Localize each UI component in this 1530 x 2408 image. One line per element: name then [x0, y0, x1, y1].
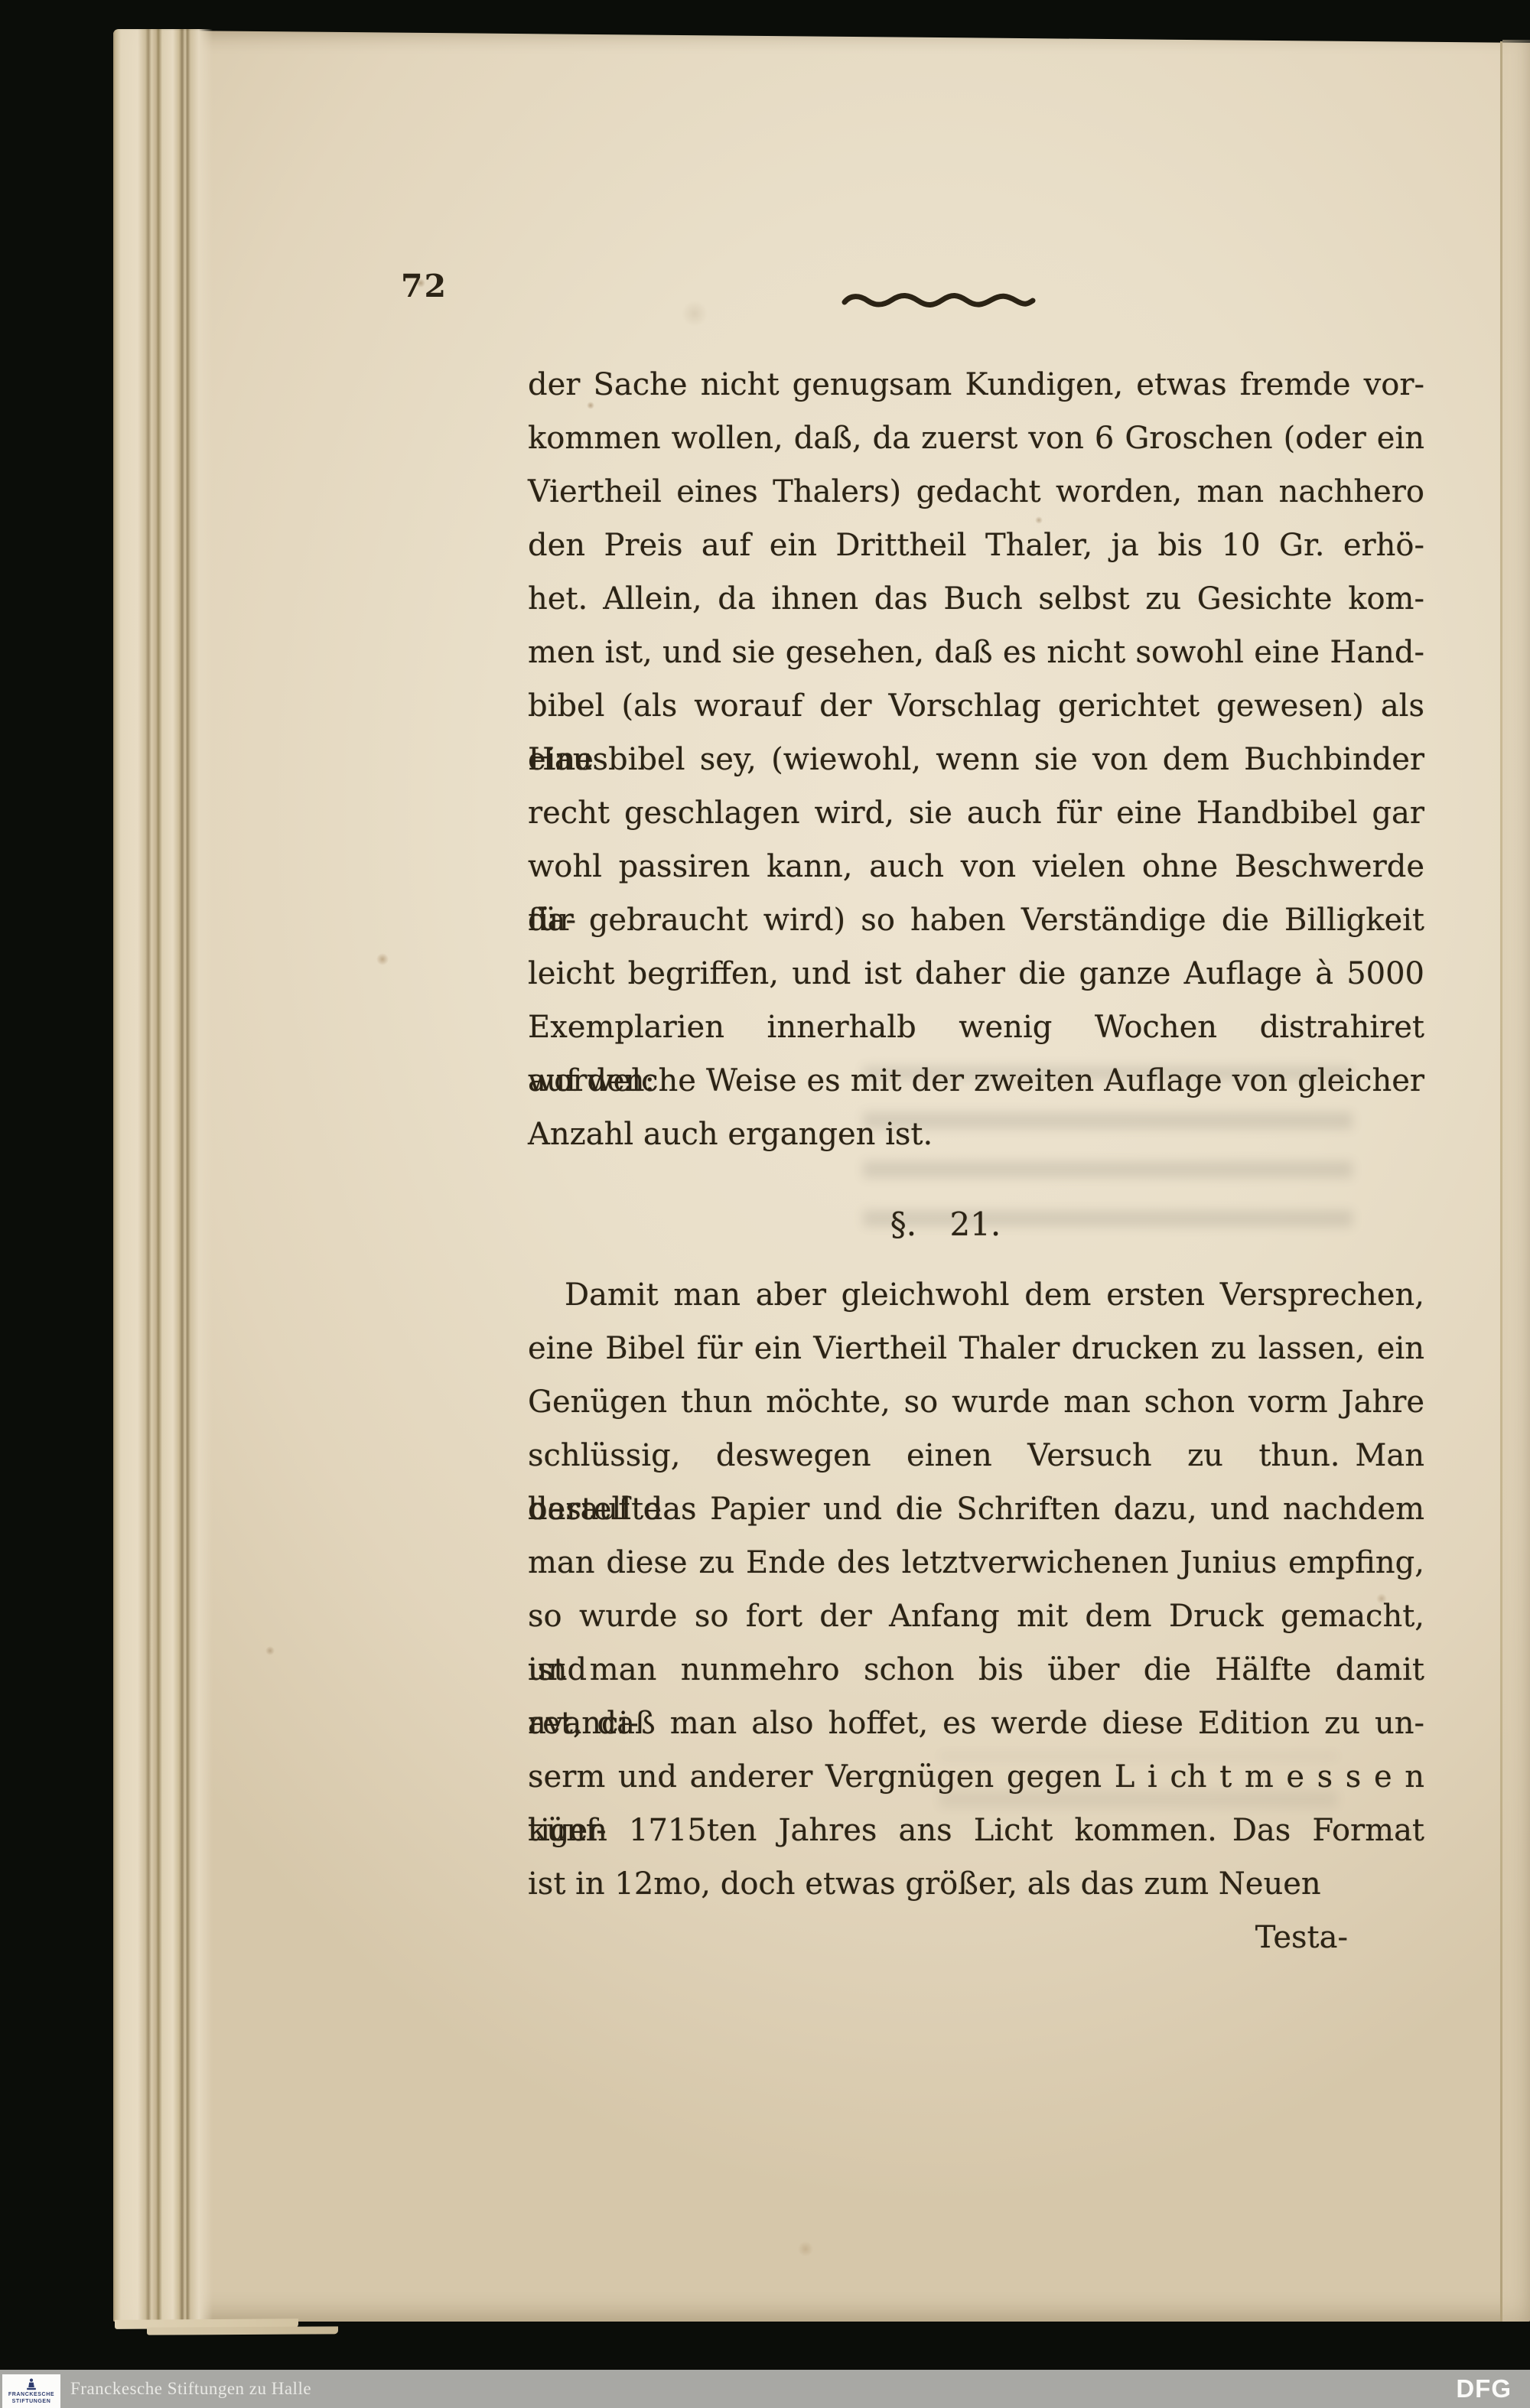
franckesche-stiftungen-logo: FRANCKESCHE STIFTUNGEN	[2, 2374, 60, 2408]
text-line: bibel (als worauf der Vorschlag gerichte…	[528, 679, 1424, 733]
logo-caps-line2: STIFTUNGEN	[12, 2399, 51, 2405]
text-line: men ist, und sie gesehen, daß es nicht s…	[528, 626, 1424, 679]
logo-caps-line1: FRANCKESCHE	[8, 2392, 54, 2398]
text-line: wohl passiren kann, auch von vielen ohne…	[528, 840, 1424, 893]
text-line: het. Allein, da ihnen das Buch selbst zu…	[528, 572, 1424, 626]
text-line: kommen wollen, daß, da zuerst von 6 Gros…	[528, 412, 1424, 465]
underlying-page-strip	[1502, 40, 1530, 2322]
text-line: leicht begriffen, und ist daher die ganz…	[528, 947, 1424, 1001]
text-line: für gebraucht wird) so haben Verständige…	[528, 893, 1424, 947]
text-line: der Sache nicht genugsam Kundigen, etwas…	[528, 358, 1424, 412]
text-line: darauf das Papier und die Schriften dazu…	[528, 1482, 1424, 1536]
header-wavy-rule-ornament	[841, 292, 1036, 309]
catchword: Testa-	[528, 1911, 1424, 1964]
text-line: Hausbibel sey, (wiewohl, wenn sie von de…	[528, 733, 1424, 786]
text-line: Anzahl auch ergangen ist.	[528, 1108, 1424, 1161]
paragraph-2: Damit man aber gleichwohl dem ersten Ver…	[528, 1268, 1424, 1911]
text-line: Damit man aber gleichwohl dem ersten Ver…	[528, 1268, 1424, 1322]
text-line: so wurde so fort der Anfang mit dem Druc…	[528, 1590, 1424, 1643]
text-line: Viertheil eines Thalers) gedacht worden,…	[528, 465, 1424, 519]
text-line: Genügen thun möchte, so wurde man schon …	[528, 1375, 1424, 1429]
viewer-footer-bar: FRANCKESCHE STIFTUNGEN Franckesche Stift…	[0, 2370, 1530, 2408]
page-gutter-folds	[113, 29, 213, 2322]
text-line: den Preis auf ein Drittheil Thaler, ja b…	[528, 519, 1424, 572]
under-sheet-edge	[147, 2326, 338, 2335]
text-line: serm und anderer Vergnügen gegen L i ch …	[528, 1750, 1424, 1804]
text-line: tigen 1715ten Jahres ans Licht kommen. D…	[528, 1804, 1424, 1857]
paragraph-1: der Sache nicht genugsam Kundigen, etwas…	[528, 358, 1424, 1161]
text-line: schlüssig, deswegen einen Versuch zu thu…	[528, 1429, 1424, 1482]
book-page-scan: 72 der Sache nicht genugsam Kundigen, et…	[113, 29, 1530, 2322]
dfg-logo: DFG	[1456, 2370, 1512, 2408]
text-line: recht geschlagen wird, sie auch für eine…	[528, 786, 1424, 840]
page-top-edge	[113, 28, 1530, 43]
text-line: Exemplarien innerhalb wenig Wochen distr…	[528, 1001, 1424, 1054]
text-line: auf welche Weise es mit der zweiten Aufl…	[528, 1054, 1424, 1108]
page-text-block: der Sache nicht genugsam Kundigen, etwas…	[528, 358, 1424, 1964]
text-line: ret, daß man also hoffet, es werde diese…	[528, 1697, 1424, 1750]
institution-label: Franckesche Stiftungen zu Halle	[70, 2370, 311, 2408]
text-line: eine Bibel für ein Viertheil Thaler druc…	[528, 1322, 1424, 1375]
text-line: man diese zu Ende des letztverwichenen J…	[528, 1536, 1424, 1590]
text-line: ist man nunmehro schon bis über die Hälf…	[528, 1643, 1424, 1697]
section-heading: §. 21.	[497, 1198, 1394, 1251]
franckesche-stiftungen-logo-icon	[25, 2378, 37, 2391]
text-line: ist in 12mo, doch etwas größer, als das …	[528, 1857, 1424, 1911]
page-number: 72	[401, 268, 448, 304]
scan-viewer-stage: 72 der Sache nicht genugsam Kundigen, et…	[0, 0, 1530, 2408]
